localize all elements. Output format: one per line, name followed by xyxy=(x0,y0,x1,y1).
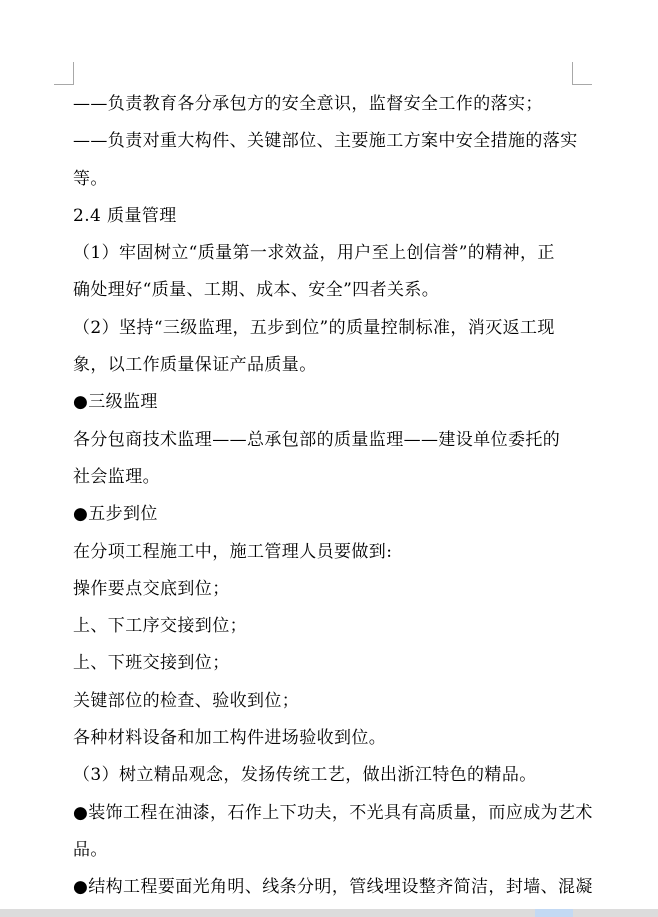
section-heading: 2.4 质量管理 xyxy=(73,198,583,235)
text-line: 象，以工作质量保证产品质量。 xyxy=(73,347,583,384)
horizontal-scrollbar[interactable] xyxy=(0,909,658,917)
text-line: 各分包商技术监理——总承包部的质量监理——建设单位委托的 xyxy=(73,422,583,459)
text-line: 各种材料设备和加工构件进场验收到位。 xyxy=(73,720,583,757)
margin-mark-top-right xyxy=(572,62,592,85)
text-line: 确处理好“质量、工期、成本、安全”四者关系。 xyxy=(73,272,583,309)
text-line: ——负责对重大构件、关键部位、主要施工方案中安全措施的落实 xyxy=(73,123,583,160)
text-line: 等。 xyxy=(73,161,583,198)
text-line: 关键部位的检查、验收到位； xyxy=(73,683,583,720)
text-line: 操作要点交底到位； xyxy=(73,571,583,608)
margin-mark-top-left xyxy=(54,62,74,85)
document-page: ——负责教育各分承包方的安全意识，监督安全工作的落实； ——负责对重大构件、关键… xyxy=(0,0,658,917)
text-line: 上、下工序交接到位； xyxy=(73,608,583,645)
text-line: 社会监理。 xyxy=(73,459,583,496)
bullet-line: ●结构工程要面光角明、线条分明，管线埋设整齐简洁，封墙、混凝 xyxy=(73,869,583,906)
text-line: （2）坚持“三级监理，五步到位”的质量控制标准，消灭返工现 xyxy=(73,310,583,347)
text-line: （1）牢固树立“质量第一求效益，用户至上创信誉”的精神，正 xyxy=(73,235,583,272)
text-line: ——负责教育各分承包方的安全意识，监督安全工作的落实； xyxy=(73,86,583,123)
document-body: ——负责教育各分承包方的安全意识，监督安全工作的落实； ——负责对重大构件、关键… xyxy=(73,86,583,907)
text-line: 在分项工程施工中，施工管理人员要做到: xyxy=(73,534,583,571)
bullet-line: ●五步到位 xyxy=(73,496,583,533)
text-line: 上、下班交接到位； xyxy=(73,645,583,682)
bullet-line: ●三级监理 xyxy=(73,384,583,421)
bullet-line: ●装饰工程在油漆，石作上下功夫，不光具有高质量，而应成为艺术 xyxy=(73,795,583,832)
scrollbar-thumb[interactable] xyxy=(535,909,573,917)
text-line: 品。 xyxy=(73,832,583,869)
text-line: （3）树立精品观念，发扬传统工艺，做出浙江特色的精品。 xyxy=(73,757,583,794)
